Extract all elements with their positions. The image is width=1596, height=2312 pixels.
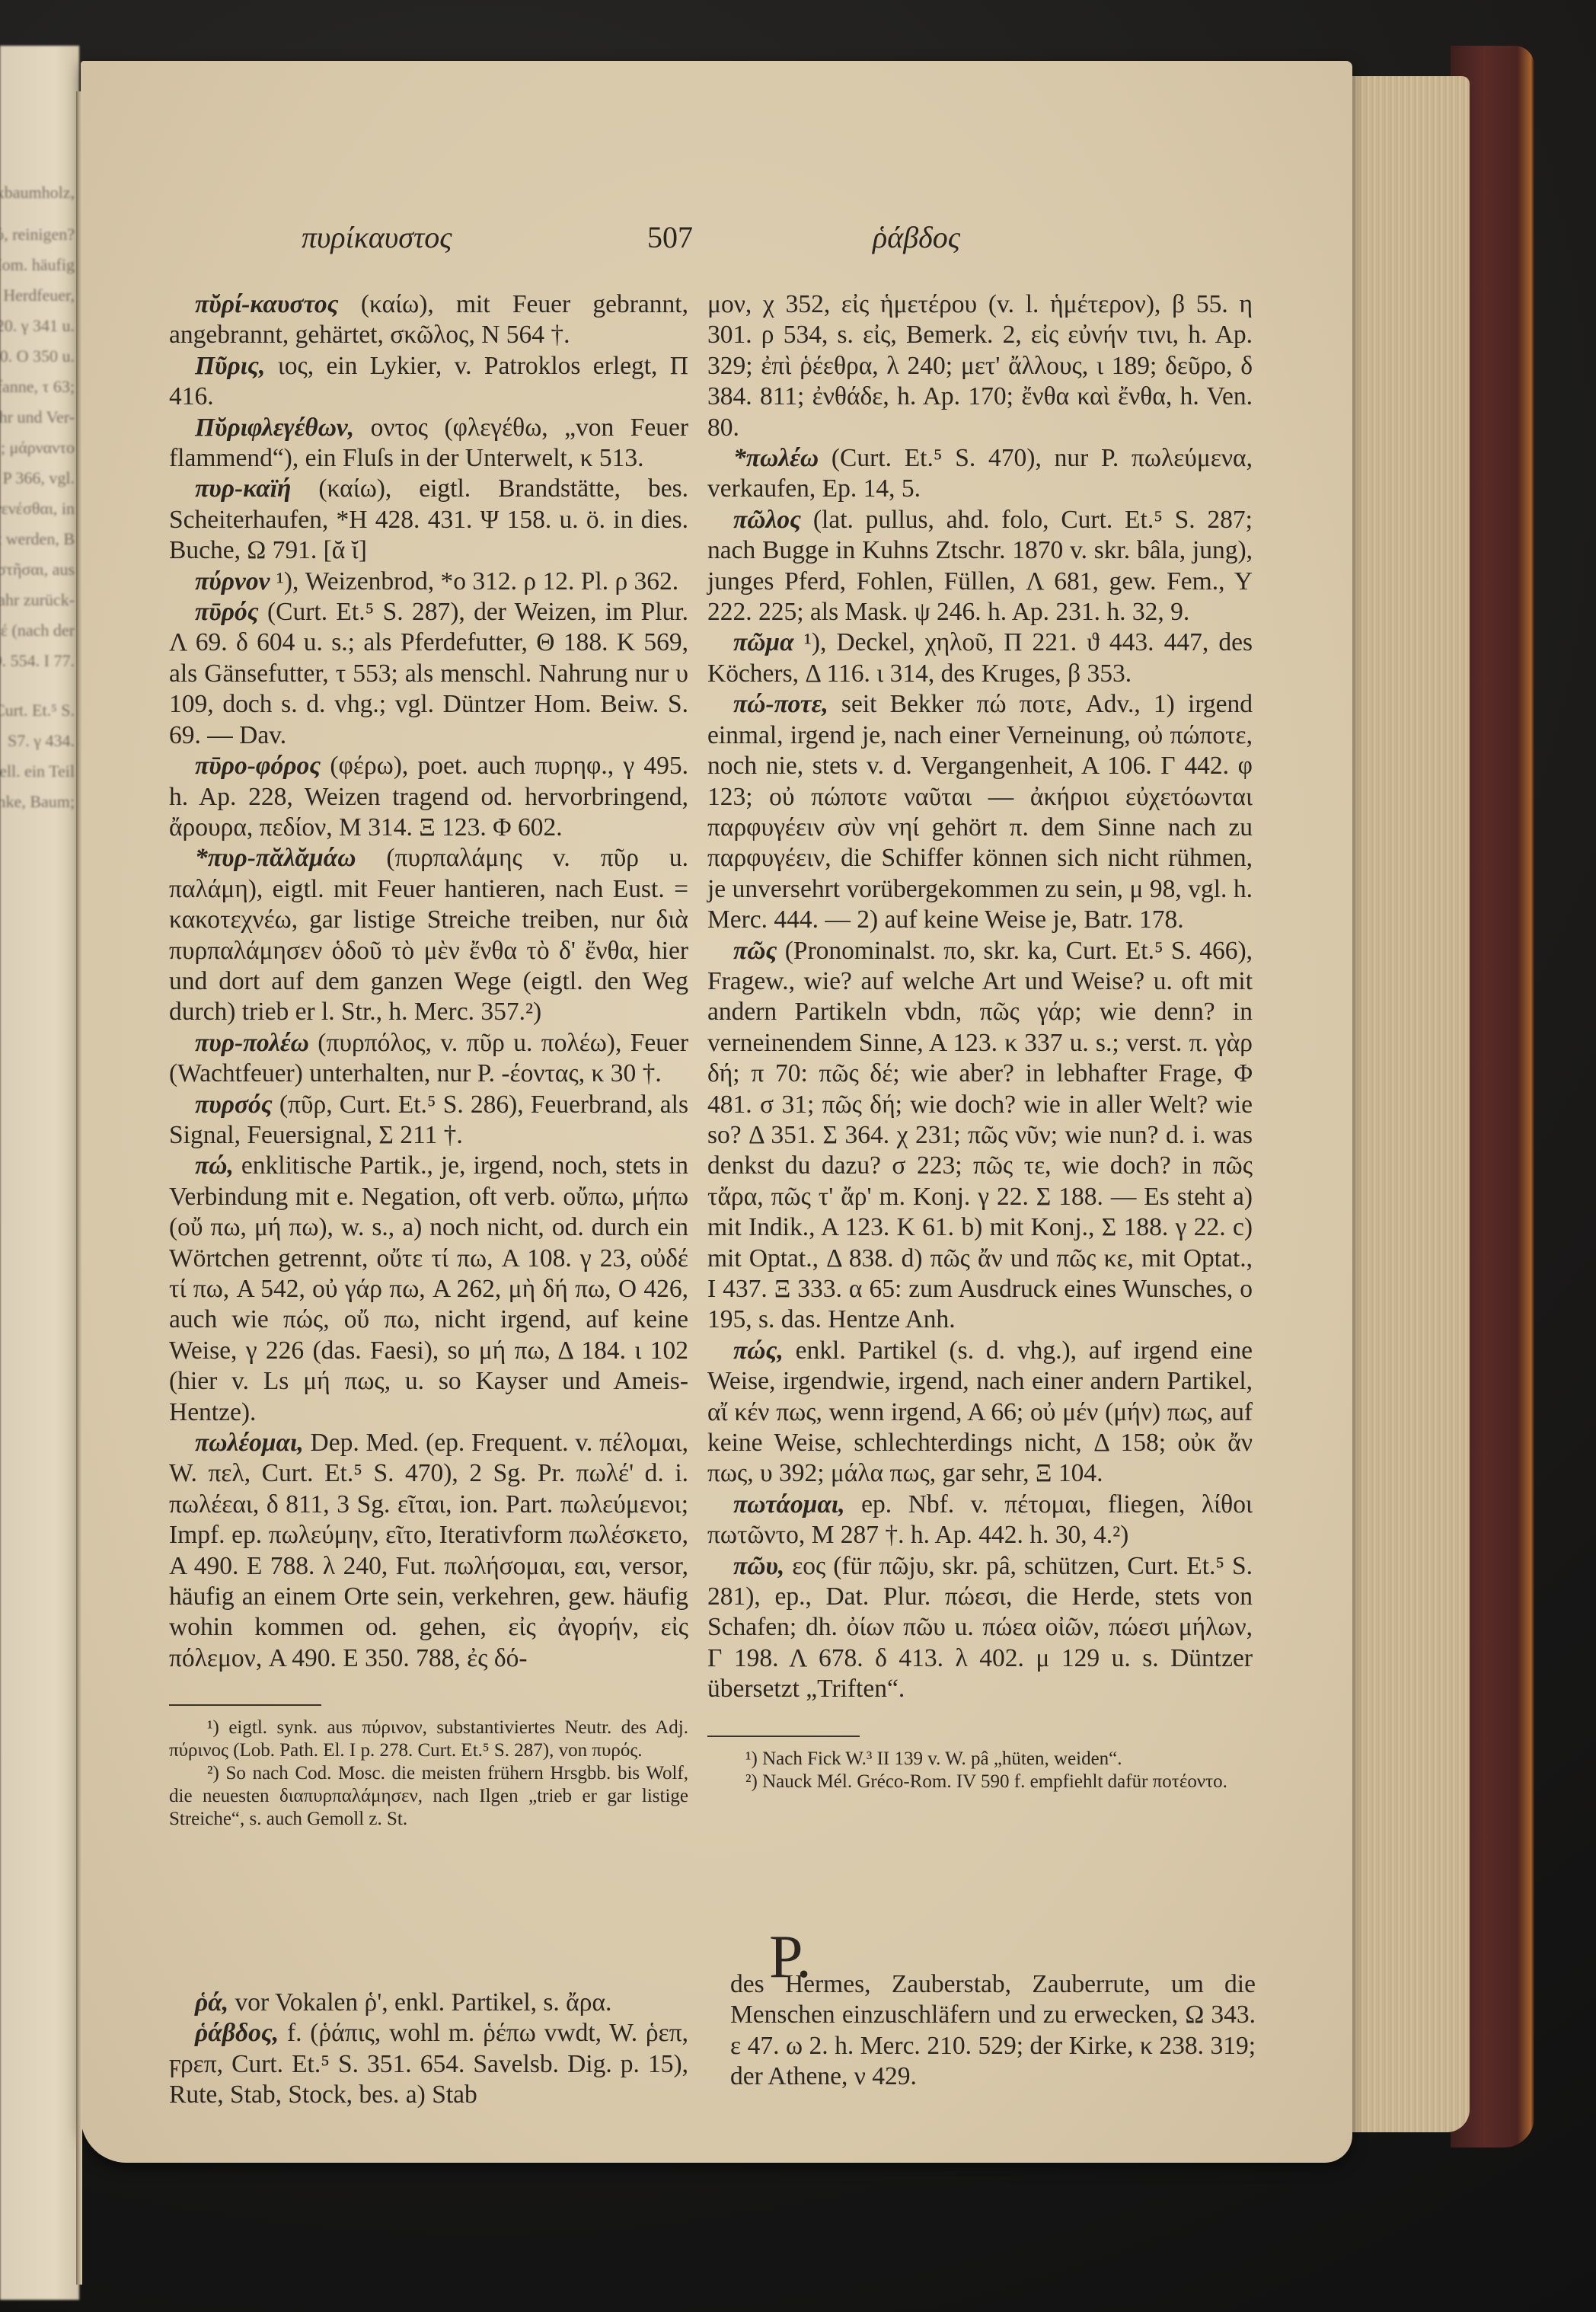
lemma: ῥά, [195,1988,228,2017]
facing-page-fragment: W. ῥύ, reinigen? [0,225,75,244]
dictionary-entry: πῶμα ¹), Deckel, χηλοῦ, Π 221. ϑ 443. 44… [707,627,1253,689]
entry-text: enkl. Partikel (s. d. vhg.), auf irgend … [707,1336,1253,1488]
lemma: πυρσός [195,1091,273,1119]
dictionary-entry: Πῠριφλεγέθων, οντος (φλεγέθω, „von Feuer… [169,413,688,474]
footnote: ²) So nach Cod. Mosc. die meisten früher… [169,1762,688,1831]
entry-text: vor Vokalen ῥ', enkl. Partikel, s. ἄρα. [228,1988,611,2017]
left-footnotes: ¹) eigtl. synk. aus πύρινον, substantivi… [169,1716,688,1831]
entry-text: Dep. Med. (ep. Frequent. v. πέλομαι, W. … [169,1429,688,1672]
dictionary-entry: πῡρός (Curt. Et.⁵ S. 287), der Weizen, i… [169,597,688,751]
entry-text: enklitische Partik., je, irgend, noch, s… [169,1151,688,1426]
book-gutter [76,91,82,2285]
dictionary-entry: πυρσός (πῦρ, Curt. Et.⁵ S. 286), Feuerbr… [169,1090,688,1151]
entry-text: εος (für πῶϳυ, skr. pâ, schützen, Curt. … [707,1552,1253,1704]
facing-page-fragment: ber Gefahr zurück- [0,590,75,610]
running-header: πυρίκαυστος 507 ῥάβδος [81,219,1352,265]
lemma: ῥάβδος, [195,2019,279,2047]
entry-text: seit Bekker πώ ποτε, Adv., 1) irgend ein… [707,690,1253,934]
lemma: πώ-ποτε, [733,690,828,718]
lemma: πυρ-καϊή [195,474,291,503]
facing-page-fragment: 34, 11 viell. ein Teil [0,762,75,781]
dictionary-entry: πῡρο-φόρος (φέρω), poet. auch πυρηφ., γ … [169,751,688,843]
footnote: ¹) Nach Fick W.³ II 139 v. W. pâ „hüten,… [707,1748,1253,1771]
dictionary-entry: *πωλέω (Curt. Et.⁵ S. 470), nur P. πωλεύ… [707,443,1253,505]
lemma: Πῦρις, [195,352,265,380]
facing-page-fragment: er, Hom. häufig [0,255,75,275]
dictionary-entry-continuation: des Hermes, Zauberstab, Zauberrute, um d… [730,1969,1256,2093]
dictionary-entry: Πῦρις, ιος, ein Lykier, v. Patroklos erl… [169,351,688,413]
dictionary-entry: πωτάομαι, ep. Nbf. v. πέτομαι, fliegen, … [707,1490,1253,1551]
dictionary-entry: πυρ-καϊή (καίω), eigtl. Brandstätte, bes… [169,474,688,566]
lemma: πῶμα [733,628,794,656]
facing-page-fragment: Gefahr und Ver- [0,407,75,427]
facing-page-fragment: πυρὶ γενέσθαι, in [0,499,75,519]
lemma: πῶς [733,937,777,965]
lemma: πώ, [195,1151,234,1180]
lemma: Πῠριφλεγέθων, [195,414,354,442]
dictionary-page: πυρίκαυστος 507 ῥάβδος πῠρί-καυστος (καί… [81,61,1352,2163]
facing-page-fragment: Λ 596. P 366, vgl. [0,468,75,488]
lemma: πῶυ, [733,1552,784,1580]
lemma: πωλέομαι, [195,1429,304,1457]
facing-page-fragment: euchtpfanne, τ 63; [0,377,75,397]
facing-page-fragment: er, I 220. γ 341 u. [0,316,75,336]
footnote: ¹) eigtl. synk. aus πύρινον, substantivi… [169,1716,688,1762]
lemma: πύρνον [195,567,270,596]
facing-page-fragment: O 605; μάρναντο [0,438,75,458]
lemma: πῡρο-φόρος [195,752,321,780]
guide-word-right: ῥάβδος [873,219,960,255]
dictionary-entry: πῶς (Pronominalst. πο, skr. ka, Curt. Et… [707,936,1253,1336]
dictionary-entry: πῠρί-καυστος (καίω), mit Feuer gebrannt,… [169,289,688,351]
bottom-left-column: ῥά, vor Vokalen ῥ', enkl. Partikel, s. ἄ… [169,1988,688,2111]
lemma: πῡρός [195,598,259,626]
dictionary-entry: ῥάβδος, f. (ῥάπις, wohl m. ῥέπω vwdt, W.… [169,2018,688,2110]
lemma: πωτάομαι, [733,1490,845,1518]
guide-word-left: πυρίκαυστος [302,219,452,255]
footnote-rule [169,1704,321,1706]
right-column: μον, χ 352, εἰς ἡμετέρου (v. l. ἡμέτερον… [707,289,1253,1793]
lemma: πῠρί-καυστος [195,290,339,318]
entry-text: μον, χ 352, εἰς ἡμετέρου (v. l. ἡμέτερον… [707,290,1253,442]
facing-page-fragment: Buxbaumholz, [0,183,75,203]
dictionary-entry: πῶυ, εος (für πῶϳυ, skr. pâ, schützen, C… [707,1551,1253,1705]
lemma: πώς, [733,1336,784,1365]
dictionary-entry: πῶλος (lat. pullus, ahd. folo, Curt. Et.… [707,505,1253,628]
dictionary-entry: πυρ-πολέω (πυρπόλος, v. πῦρ u. πολέω), F… [169,1028,688,1090]
dictionary-entry: πύρνον ¹), Weizenbrod, *o 312. ρ 12. Pl.… [169,567,688,597]
facing-page: Buxbaumholz, W. ῥύ, reinigen? er, Hom. h… [0,46,79,2300]
footnote-rule [707,1736,860,1737]
facing-page-fragment: H 410. O 350 u. [0,346,75,366]
entry-text: ¹), Weizenbrod, *o 312. ρ 12. Pl. ρ 362. [270,567,678,596]
right-footnotes: ¹) Nach Fick W.³ II 139 v. W. pâ „hüten,… [707,1748,1253,1793]
facing-page-fragment: S7. γ 434. [8,731,75,751]
footnote: ²) Nauck Mél. Gréco-Rom. IV 590 f. empfi… [707,1771,1253,1793]
dictionary-entry: πώ, enklitische Partik., je, irgend, noc… [169,1151,688,1428]
dictionary-entry: πώς, enkl. Partikel (s. d. vhg.), auf ir… [707,1336,1253,1490]
dictionary-entry: ῥά, vor Vokalen ῥ', enkl. Partikel, s. ἄ… [169,1988,688,2018]
entry-text: (Pronominalst. πο, skr. ka, Curt. Et.⁵ S… [707,937,1253,1334]
dictionary-entry: πώ-ποτε, seit Bekker πώ ποτε, Adv., 1) i… [707,689,1253,935]
left-column: πῠρί-καυστος (καίω), mit Feuer gebrannt,… [169,289,688,1831]
facing-page-fragment: ρὸ νοστῆσαι, aus [0,560,75,580]
facing-page-fragment: rm., Franke, Baum; [0,792,75,812]
dictionary-entry-continuation: μον, χ 352, εἰς ἡμετέρου (v. l. ἡμέτερον… [707,289,1253,443]
bottom-right-column: des Hermes, Zauberstab, Zauberrute, um d… [730,1969,1256,2093]
entry-text: des Hermes, Zauberstab, Zauberrute, um d… [730,1970,1256,2090]
dictionary-entry: *πυρ-πᾰλᾰμάω (πυρπαλάμης v. πῦρ u. παλάμ… [169,843,688,1027]
lemma: *πυρ-πᾰλᾰμάω [195,844,356,872]
lemma: *πωλέω [733,444,819,472]
page-number: 507 [647,219,693,255]
facing-page-fragment: es. das Herdfeuer, [0,286,75,305]
lemma: πῶλος [733,506,801,534]
facing-page-fragment: . ἀγ, Curt. Et.⁵ S. [0,701,75,720]
facing-page-fragment: , Θ 509. 554. I 77. [0,651,75,671]
facing-page-fragment: r. πυρέ (nach der [0,621,75,640]
facing-page-fragment: nichtet werden, B [0,529,75,549]
page-edges [1340,76,1470,2132]
dictionary-entry: πωλέομαι, Dep. Med. (ep. Frequent. v. πέ… [169,1428,688,1674]
lemma: πυρ-πολέω [195,1029,309,1057]
